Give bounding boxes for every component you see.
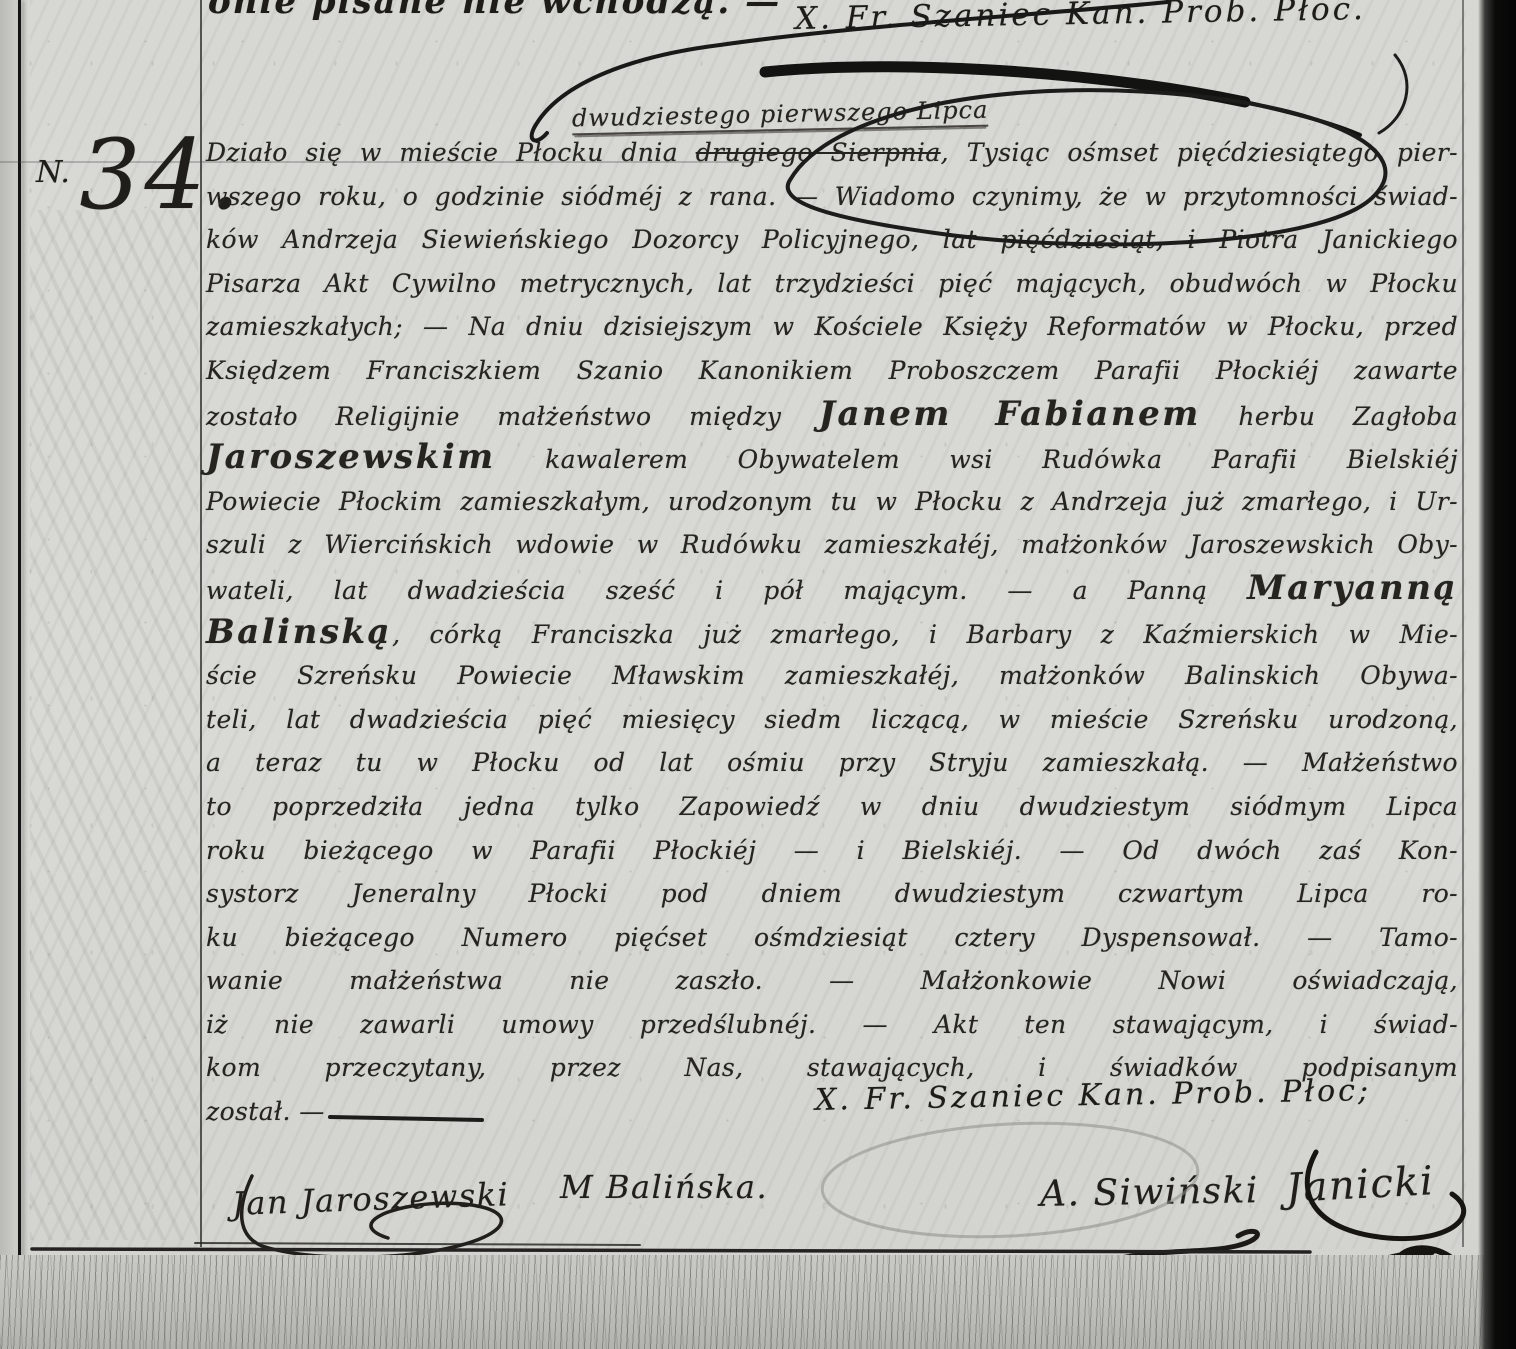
body-line: Balinską, córką Franciszka już zmarłego,…	[206, 611, 1458, 655]
body-line: wateli, lat dwadzieścia sześć i pół mają…	[206, 567, 1458, 611]
signatures-row: Jan Jaroszewski M Balińska. A. Siwiński …	[0, 1160, 1516, 1250]
paraph-right-curl	[1379, 55, 1407, 133]
body-line: wanie małżeństwa nie zaszło. — Małżonkow…	[206, 959, 1458, 1003]
signature-groom: Jan Jaroszewski	[231, 1175, 509, 1223]
signature-bride: M Balińska.	[560, 1168, 768, 1206]
body-line: teli, lat dwadzieścia pięć miesięcy sied…	[206, 698, 1458, 742]
book-gutter-edge	[0, 0, 18, 1349]
body-line: Powiecie Płockim zamieszkałym, urodzonym…	[206, 480, 1458, 524]
body-line: szuli z Wiercińskich wdowie w Rudówku za…	[206, 523, 1458, 567]
body-line: systorz Jeneralny Płocki pod dniem dwudz…	[206, 872, 1458, 916]
bride-name-emphasis: Maryanną	[1247, 568, 1458, 608]
struck-word: Sierpnia	[813, 138, 941, 167]
interline-date-correction: dwudziestego pierwszego Lipca	[572, 96, 989, 136]
body-line: iż nie zawarli umowy przedślubnéj. — Akt…	[206, 1003, 1458, 1047]
body-line: zostało Religijnie małżeństwo między Jan…	[206, 393, 1458, 437]
line-text: , Tysiąc ośmset pięćdziesiątego pier-	[941, 138, 1458, 167]
bottom-page-edge-texture	[0, 1255, 1516, 1349]
page-fold-line	[18, 0, 21, 1349]
registrar-signature-top: X. Fr. Szaniec Kan. Prob. Płoc.	[795, 0, 1366, 37]
body-line: Księdzem Franciszkiem Szanio Kanonikiem …	[206, 349, 1458, 393]
groom-name-emphasis: Janem Fabianem	[819, 394, 1201, 434]
line-text: Działo się w mieście Płocku dnia	[206, 138, 696, 167]
previous-record-fragment: onie pisane nie wchodzą. —	[208, 0, 781, 22]
scan-black-border	[1478, 0, 1516, 1349]
line-text: kawalerem Obywatelem wsi Rudówka Parafii…	[496, 445, 1458, 474]
struck-word: drugiego	[696, 138, 813, 167]
line-text: herbu Zagłoba	[1201, 402, 1458, 431]
record-number-label: N.	[36, 155, 70, 190]
body-line: ku bieżącego Numero pięćset ośmdziesiąt …	[206, 916, 1458, 960]
paraph-bold-swash	[765, 67, 1245, 102]
body-line: Jaroszewskim kawalerem Obywatelem wsi Ru…	[206, 436, 1458, 480]
body-line: ków Andrzeja Siewieńskiego Dozorcy Polic…	[206, 218, 1458, 262]
body-line: a teraz tu w Płocku od lat ośmiu przy St…	[206, 741, 1458, 785]
line-text: wateli, lat dwadzieścia sześć i pół mają…	[206, 576, 1247, 605]
body-line: Działo się w mieście Płocku dnia drugieg…	[206, 131, 1458, 175]
ink-bleed-through	[30, 210, 198, 1240]
right-margin-rule	[1462, 0, 1464, 1247]
line-text: , córką Franciszka już zmarłego, i Barba…	[392, 620, 1458, 649]
body-line: to poprzedziła jedna tylko Zapowiedź w d…	[206, 785, 1458, 829]
body-line: roku bieżącego w Parafii Płockiéj — i Bi…	[206, 829, 1458, 873]
body-line: zamieszkałych; — Na dniu dzisiejszym w K…	[206, 305, 1458, 349]
register-page-scan: onie pisane nie wchodzą. — X. Fr. Szanie…	[0, 0, 1516, 1349]
body-line: Pisarza Akt Cywilno metrycznych, lat trz…	[206, 262, 1458, 306]
record-body-text: Działo się w mieście Płocku dnia drugieg…	[206, 131, 1458, 1134]
body-line: ście Szreńsku Powiecie Mławskim zamieszk…	[206, 654, 1458, 698]
bride-surname-emphasis: Balinską	[206, 612, 392, 652]
signature-witness-2: Janicki	[1285, 1158, 1436, 1212]
line-text: zostało Religijnie małżeństwo między	[206, 402, 819, 431]
body-line: wszego roku, o godzinie siódméj z rana. …	[206, 175, 1458, 219]
signature-witness-1: A. Siwiński	[1040, 1170, 1260, 1215]
groom-surname-emphasis: Jaroszewskim	[206, 437, 496, 477]
